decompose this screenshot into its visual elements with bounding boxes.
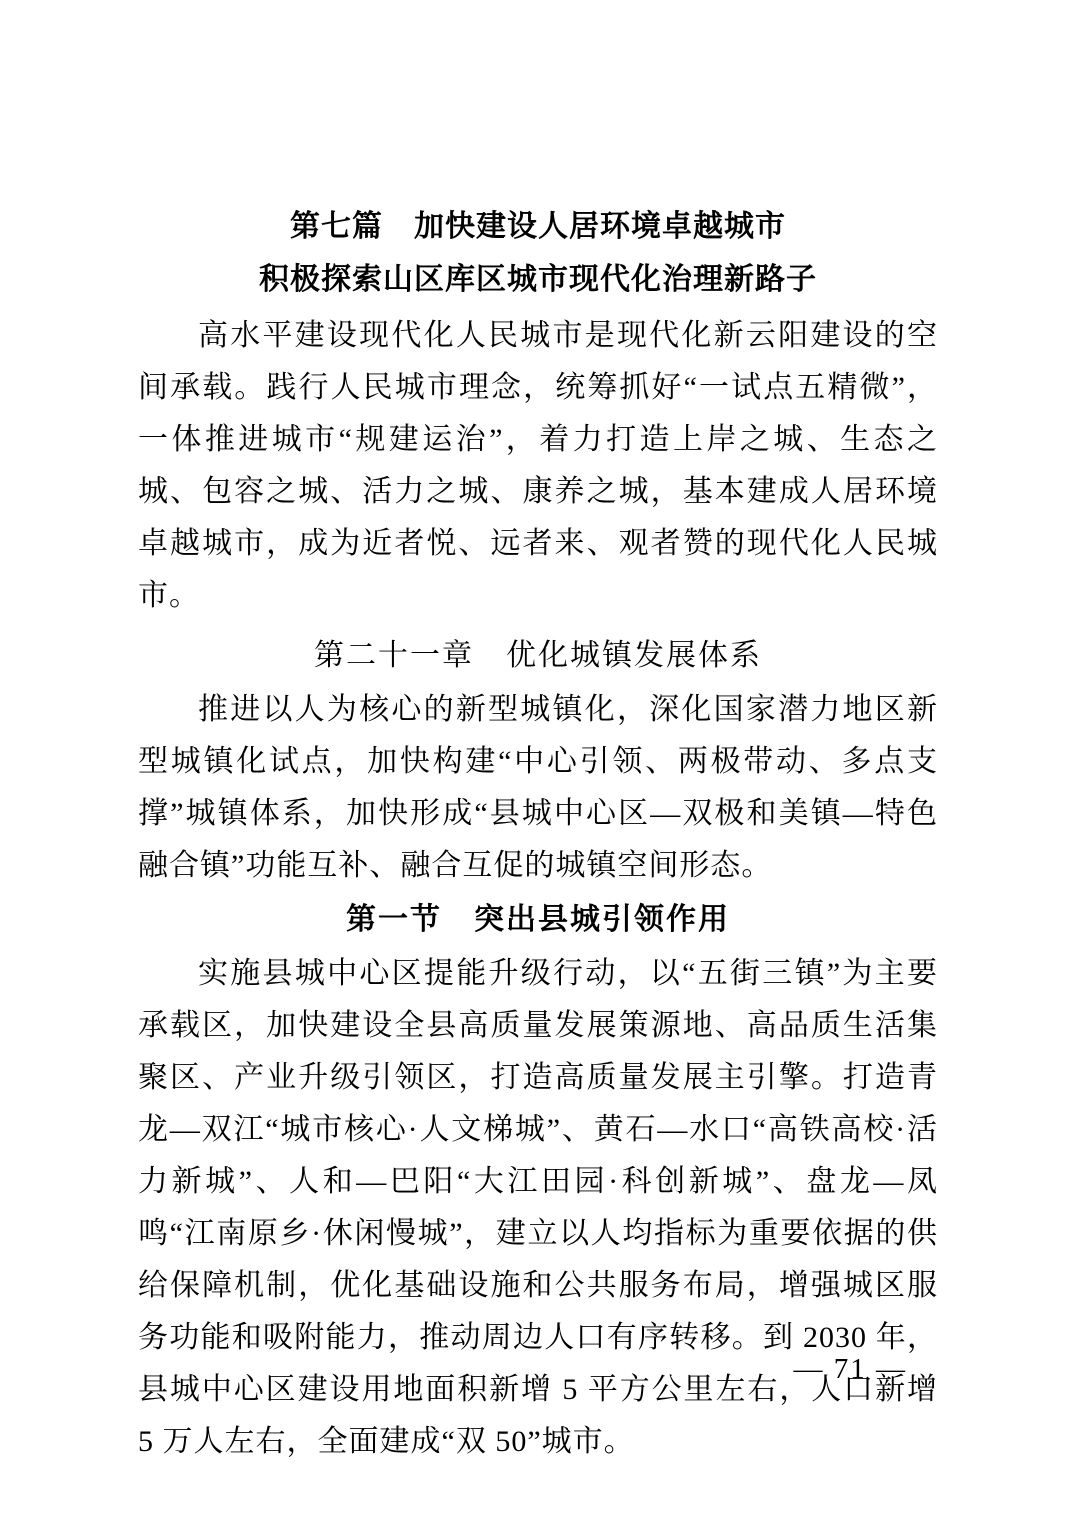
paragraph-2: 推进以人为核心的新型城镇化，深化国家潜力地区新型城镇化试点，加快构建“中心引领、… bbox=[138, 684, 938, 892]
part-heading-line1: 第七篇 加快建设人居环境卓越城市 bbox=[138, 200, 938, 253]
chapter-heading: 第二十一章 优化城镇发展体系 bbox=[138, 630, 938, 682]
section-heading: 第一节 突出县城引领作用 bbox=[138, 894, 938, 946]
document-page: 第七篇 加快建设人居环境卓越城市 积极探索山区库区城市现代化治理新路子 高水平建… bbox=[0, 0, 1074, 1520]
page-number: — 71 — bbox=[794, 1352, 908, 1386]
paragraph-1: 高水平建设现代化人民城市是现代化新云阳建设的空间承载。践行人民城市理念，统筹抓好… bbox=[138, 310, 938, 622]
paragraph-3: 实施县城中心区提能升级行动，以“五街三镇”为主要承载区，加快建设全县高质量发展策… bbox=[138, 948, 938, 1468]
page-content: 第七篇 加快建设人居环境卓越城市 积极探索山区库区城市现代化治理新路子 高水平建… bbox=[138, 200, 938, 1468]
part-heading-line2: 积极探索山区库区城市现代化治理新路子 bbox=[138, 253, 938, 306]
